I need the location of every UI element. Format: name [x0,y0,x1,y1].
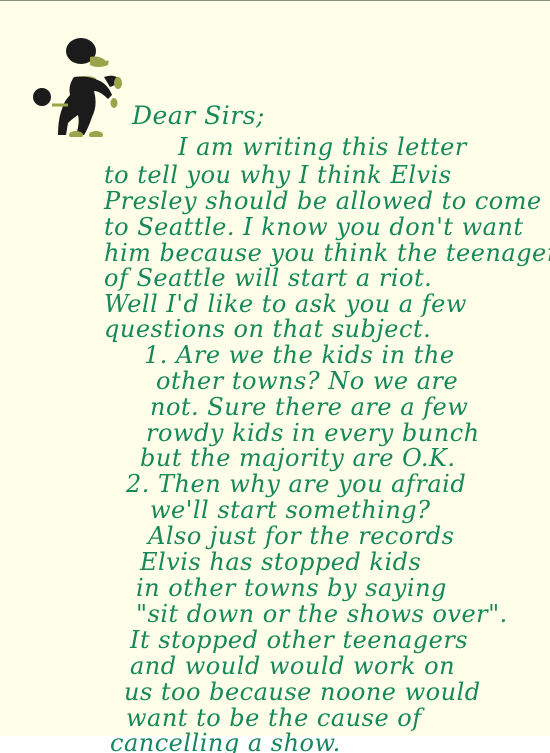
letter-line: questions on that subject. [104,315,431,343]
letter-line: It stopped other teenagers [130,626,468,654]
letter-line: to Seattle. I know you don't want [104,213,524,241]
letter-line: 1. Are we the kids in the [144,341,455,369]
letter-line: Presley should be allowed to come [104,187,542,215]
letter-line: we'll start something? [150,496,431,524]
salutation: Dear Sirs; [132,101,265,130]
letter-line: Also just for the records [148,522,454,550]
letter-line: in other towns by saying [136,574,447,602]
letter-line: "sit down or the shows over". [136,600,508,628]
letter-line: but the majority are O.K. [140,444,456,472]
poodle-illustration-icon [28,19,128,137]
letter-line: I am writing this letter [178,133,467,161]
letter-page: Dear Sirs; I am writing this letter to t… [0,0,550,736]
letter-line: other towns? No we are [156,367,458,395]
letter-line: us too because noone would [124,678,481,706]
letter-line: not. Sure there are a few [150,393,468,421]
letter-line: of Seattle will start a riot. [104,264,432,292]
letter-line: him because you think the teenagers [104,239,550,267]
letter-line: 2. Then why are you afraid [126,470,466,498]
letter-line: rowdy kids in every bunch [146,419,480,447]
letter-line: Elvis has stopped kids [140,548,421,576]
letter-line: and would would work on [130,652,455,680]
letter-line: to tell you why I think Elvis [104,161,452,189]
letter-line: want to be the cause of [126,704,422,732]
letter-line: cancelling a show. [110,729,341,753]
letter-line: Well I'd like to ask you a few [104,290,467,318]
